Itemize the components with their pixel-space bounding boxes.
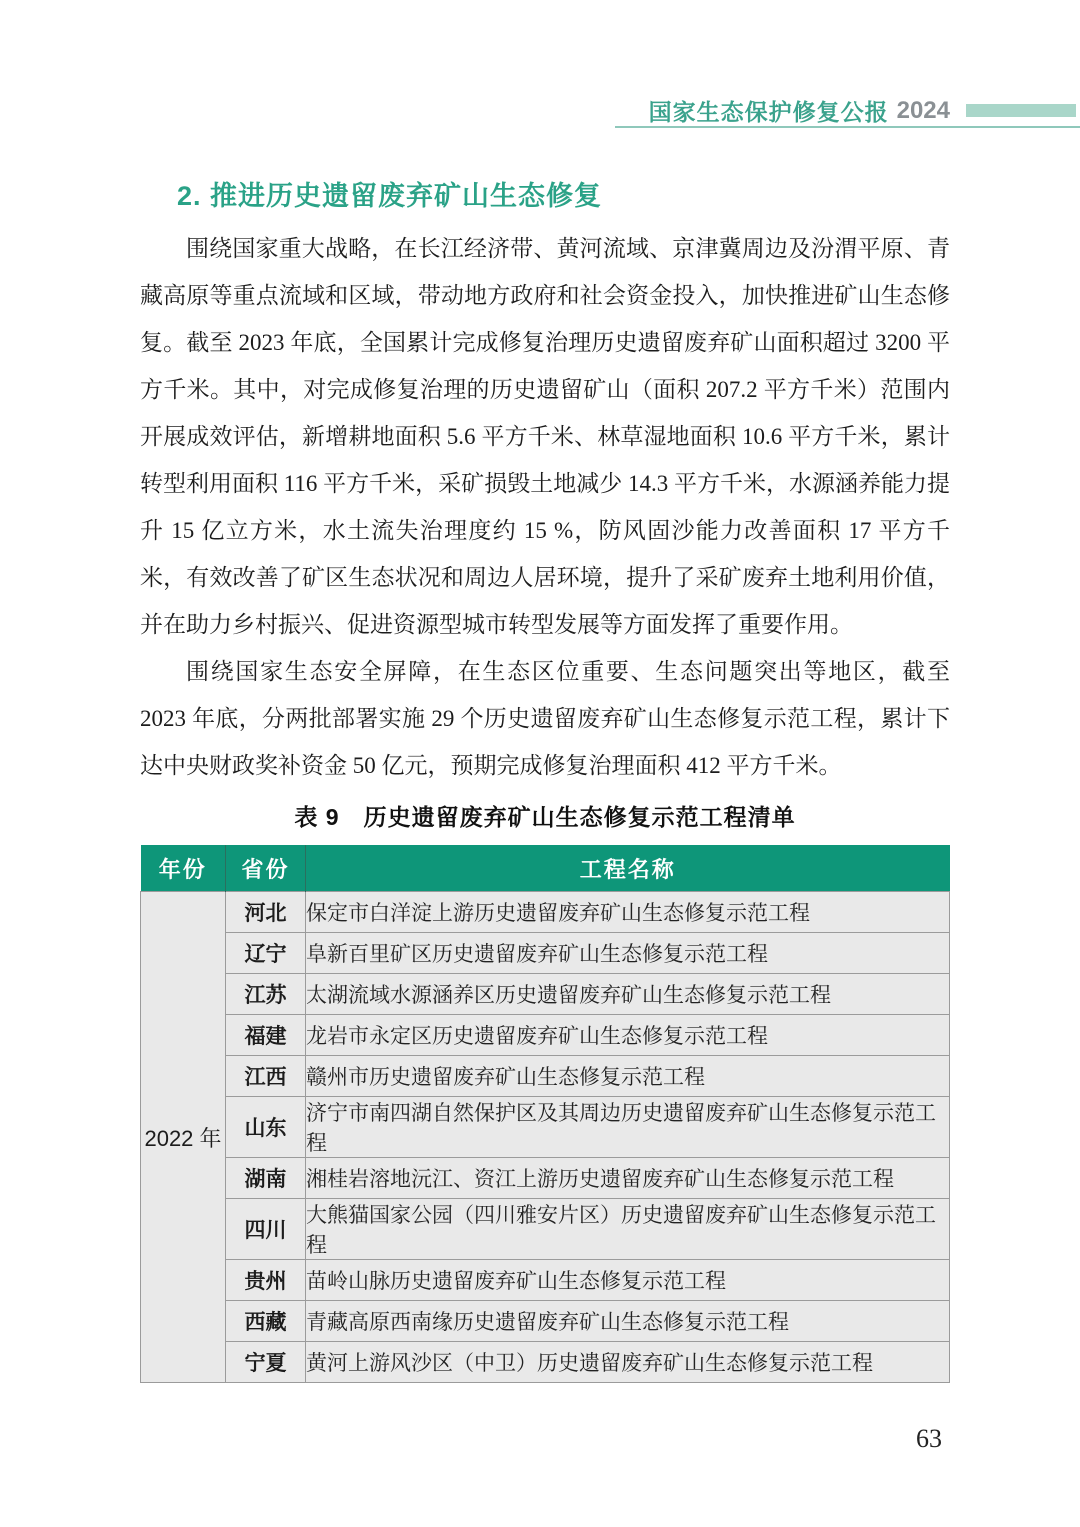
province-cell: 河北 (226, 892, 306, 933)
report-title: 国家生态保护修复公报 (649, 94, 889, 127)
table-body: 2022 年河北保定市白洋淀上游历史遗留废弃矿山生态修复示范工程辽宁阜新百里矿区… (141, 892, 950, 1383)
province-cell: 湖南 (226, 1158, 306, 1199)
table-header: 年份 省份 工程名称 (141, 845, 950, 892)
table-row: 宁夏黄河上游风沙区（中卫）历史遗留废弃矿山生态修复示范工程 (141, 1342, 950, 1383)
table-row: 2022 年河北保定市白洋淀上游历史遗留废弃矿山生态修复示范工程 (141, 892, 950, 933)
header-rule-line (615, 126, 1080, 128)
project-name-cell: 赣州市历史遗留废弃矿山生态修复示范工程 (306, 1056, 950, 1097)
table-row: 江苏太湖流域水源涵养区历史遗留废弃矿山生态修复示范工程 (141, 974, 950, 1015)
table-row: 福建龙岩市永定区历史遗留废弃矿山生态修复示范工程 (141, 1015, 950, 1056)
table-row: 四川大熊猫国家公园（四川雅安片区）历史遗留废弃矿山生态修复示范工程 (141, 1199, 950, 1260)
project-name-cell: 太湖流域水源涵养区历史遗留废弃矿山生态修复示范工程 (306, 974, 950, 1015)
project-name-cell: 青藏高原西南缘历史遗留废弃矿山生态修复示范工程 (306, 1301, 950, 1342)
project-name-cell: 龙岩市永定区历史遗留废弃矿山生态修复示范工程 (306, 1015, 950, 1056)
table-row: 湖南湘桂岩溶地沅江、资江上游历史遗留废弃矿山生态修复示范工程 (141, 1158, 950, 1199)
project-name-cell: 黄河上游风沙区（中卫）历史遗留废弃矿山生态修复示范工程 (306, 1342, 950, 1383)
column-header-year: 年份 (141, 845, 226, 892)
report-year: 2024 (897, 97, 950, 125)
project-name-cell: 苗岭山脉历史遗留废弃矿山生态修复示范工程 (306, 1260, 950, 1301)
project-name-cell: 大熊猫国家公园（四川雅安片区）历史遗留废弃矿山生态修复示范工程 (306, 1199, 950, 1260)
table-row: 西藏青藏高原西南缘历史遗留废弃矿山生态修复示范工程 (141, 1301, 950, 1342)
table-row: 江西赣州市历史遗留废弃矿山生态修复示范工程 (141, 1056, 950, 1097)
year-group-cell: 2022 年 (141, 892, 226, 1383)
project-name-cell: 阜新百里矿区历史遗留废弃矿山生态修复示范工程 (306, 933, 950, 974)
paragraph-1: 围绕国家重大战略，在长江经济带、黄河流域、京津冀周边及汾渭平原、青藏高原等重点流… (140, 225, 950, 648)
header-accent-bar (966, 104, 1076, 117)
province-cell: 四川 (226, 1199, 306, 1260)
province-cell: 山东 (226, 1097, 306, 1158)
table-row: 辽宁阜新百里矿区历史遗留废弃矿山生态修复示范工程 (141, 933, 950, 974)
project-name-cell: 保定市白洋淀上游历史遗留废弃矿山生态修复示范工程 (306, 892, 950, 933)
column-header-province: 省份 (226, 845, 306, 892)
page-number: 63 (916, 1424, 942, 1454)
table-caption: 表 9 历史遗留废弃矿山生态修复示范工程清单 (140, 799, 950, 832)
project-name-cell: 济宁市南四湖自然保护区及其周边历史遗留废弃矿山生态修复示范工程 (306, 1097, 950, 1158)
demo-projects-table: 年份 省份 工程名称 2022 年河北保定市白洋淀上游历史遗留废弃矿山生态修复示… (140, 845, 950, 1383)
running-header: 国家生态保护修复公报 2024 (400, 94, 1080, 127)
table-row: 山东济宁市南四湖自然保护区及其周边历史遗留废弃矿山生态修复示范工程 (141, 1097, 950, 1158)
province-cell: 福建 (226, 1015, 306, 1056)
paragraph-2: 围绕国家生态安全屏障，在生态区位重要、生态问题突出等地区，截至 2023 年底，… (140, 648, 950, 789)
section-heading: 2. 推进历史遗留废弃矿山生态修复 (177, 174, 950, 213)
table-row: 贵州苗岭山脉历史遗留废弃矿山生态修复示范工程 (141, 1260, 950, 1301)
document-page: 国家生态保护修复公报 2024 2. 推进历史遗留废弃矿山生态修复 围绕国家重大… (0, 0, 1080, 1527)
province-cell: 宁夏 (226, 1342, 306, 1383)
main-content: 2. 推进历史遗留废弃矿山生态修复 围绕国家重大战略，在长江经济带、黄河流域、京… (140, 174, 950, 1383)
project-name-cell: 湘桂岩溶地沅江、资江上游历史遗留废弃矿山生态修复示范工程 (306, 1158, 950, 1199)
province-cell: 江西 (226, 1056, 306, 1097)
column-header-project: 工程名称 (306, 845, 950, 892)
province-cell: 贵州 (226, 1260, 306, 1301)
province-cell: 江苏 (226, 974, 306, 1015)
province-cell: 辽宁 (226, 933, 306, 974)
province-cell: 西藏 (226, 1301, 306, 1342)
